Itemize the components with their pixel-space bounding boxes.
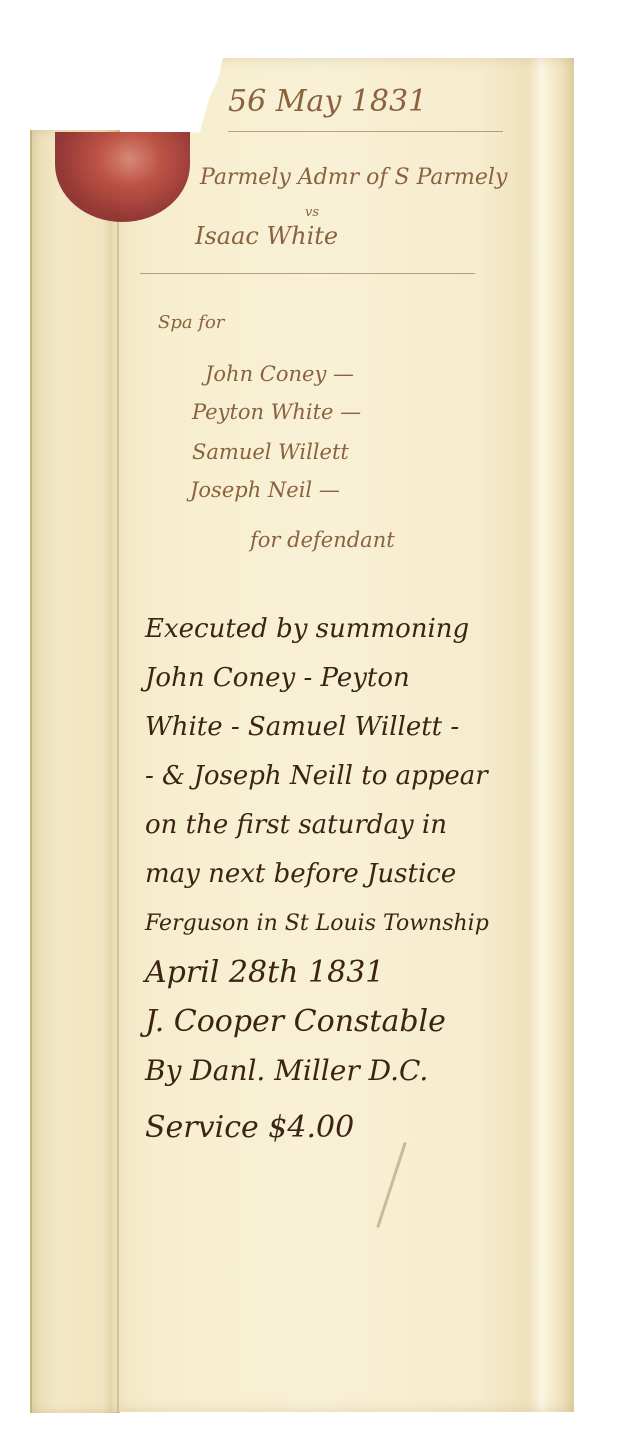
versus: vs [305, 205, 319, 220]
header-rule [228, 131, 503, 132]
service-fee: Service $4.00 [145, 1103, 489, 1152]
deputy-signature: By Danl. Miller D.C. [145, 1046, 489, 1095]
plaintiff: Parmely Admr of S Parmely [200, 165, 507, 190]
fold-crease [117, 135, 119, 1413]
witness-item: Samuel Willett [192, 440, 349, 464]
return-line: Executed by summoning [145, 605, 489, 654]
return-line: White - Samuel Willett - [145, 703, 489, 752]
defendant: Isaac White [195, 222, 338, 250]
witness-item: John Coney — [205, 362, 354, 386]
return-line: on the first saturday in [145, 801, 489, 850]
subpoena-for: for defendant [250, 528, 395, 552]
return-line: John Coney - Peyton [145, 654, 489, 703]
return-of-service: Executed by summoning John Coney - Peyto… [145, 605, 489, 1152]
return-line: Ferguson in St Louis Township [145, 899, 489, 948]
constable-signature: J. Cooper Constable [145, 997, 489, 1046]
return-line: - & Joseph Neill to appear [145, 752, 489, 801]
paper-left-flap [30, 130, 120, 1413]
return-date: April 28th 1831 [145, 948, 489, 997]
docket-header: 56 May 1831 [228, 84, 427, 119]
witness-item: Peyton White — [192, 400, 361, 424]
return-line: may next before Justice [145, 850, 489, 899]
subpoena-heading: Spa for [158, 312, 224, 333]
case-rule [140, 273, 475, 274]
witness-item: Joseph Neil — [190, 478, 340, 502]
